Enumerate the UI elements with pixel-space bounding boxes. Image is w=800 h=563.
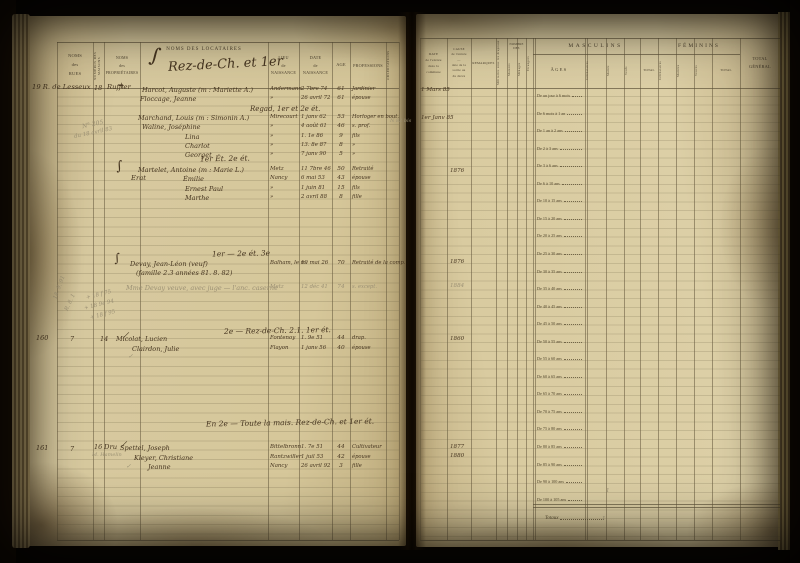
dotted-leader	[562, 183, 582, 185]
floor-heading: 1er Ét. 2e ét.	[200, 155, 250, 163]
group-header-feminins: FÉMININS	[658, 40, 740, 53]
tenant-name: Martelet, Antoine (m : Marie L.)	[138, 167, 244, 174]
dotted-leader	[564, 306, 582, 308]
tenant-name: Marthe	[185, 195, 209, 202]
left-page-stack-edge	[12, 14, 30, 548]
row-number: 161	[36, 445, 48, 452]
dotted-leader	[564, 446, 582, 448]
col-header-date-naissance: DATE de NAISSANCE	[299, 43, 332, 88]
tenant-name: Lina	[185, 134, 199, 141]
col-header-militaires: Militaires sous les drapeaux	[496, 40, 507, 86]
col-header-numeros-maisons-label: NUMÉROS DES MAISONS	[93, 44, 104, 87]
age-cell: 53	[333, 115, 349, 121]
col-header-menages-label: Ménages	[517, 53, 526, 86]
grid-vline	[780, 38, 781, 540]
ruling-right	[420, 88, 780, 540]
col-header-m-celibataires: Célibataires	[585, 55, 606, 86]
dotted-leader	[564, 341, 582, 343]
age-cell: 15	[333, 186, 349, 192]
birthdate-cell: 11 7bre 46	[301, 167, 331, 172]
grid-hline	[57, 42, 399, 43]
profession-cell: s. except.	[352, 285, 396, 290]
dotted-leader	[564, 376, 582, 378]
street-name: 19 R. de Lesseux	[32, 84, 91, 91]
dotted-leader	[565, 130, 582, 132]
age-bracket-row: De 3 à 6 ans	[537, 162, 583, 168]
dotted-leader	[564, 235, 582, 237]
birthplace-cell: »	[270, 96, 299, 101]
dotted-leader	[564, 218, 582, 220]
age-bracket-label: De 70 à 75 ans	[537, 409, 562, 414]
age-bracket-label: De 55 à 60 ans	[537, 356, 562, 361]
col-header-numeros-maisons: NUMÉROS DES MAISONS	[93, 44, 104, 87]
age-bracket-label: De 60 à 65 ans	[537, 374, 562, 379]
dotted-leader	[560, 165, 582, 167]
house-number: 18	[94, 85, 102, 92]
tenant-name: Clairdon, Julie	[132, 346, 179, 353]
birthdate-cell: 4 août 61	[301, 124, 331, 129]
age-bracket-row: De 10 à 15 ans	[537, 197, 583, 203]
tenant-name: Émilie	[183, 176, 204, 183]
age-cell: 61	[333, 87, 349, 93]
col-header-m-total: TOTAL	[640, 55, 658, 86]
birthplace-cell: Rantzwiller	[270, 455, 299, 460]
birthplace-cell: »	[270, 124, 299, 129]
birthplace-cell: Metz	[270, 285, 299, 290]
age-bracket-label: De 45 à 50 ans	[537, 321, 562, 326]
age-cell: 74	[333, 285, 349, 291]
birthplace-cell: Nancy	[270, 464, 299, 469]
age-bracket-label: De 15 à 20 ans	[537, 216, 562, 221]
age-bracket-row: De 75 à 80 ans	[537, 425, 583, 431]
age-bracket-row: De 50 à 55 ans	[537, 338, 583, 344]
floor-subheading: Regad, 1er et 2e ét.	[250, 106, 320, 113]
exit-year-cell: 1860	[450, 337, 470, 343]
grid-hline	[420, 540, 780, 541]
age-bracket-label: De 40 à 45 ans	[537, 304, 562, 309]
entry-date-cell: 1er Janv 85	[421, 116, 454, 122]
entry-date-cell: 1 Mars 85	[421, 88, 450, 94]
ink-flourish-mark: ∫	[115, 160, 123, 174]
col-header-age: AGE	[332, 43, 350, 88]
owner-name: Erat	[131, 175, 146, 182]
tenant-name: Kleyer, Christiane	[134, 455, 193, 462]
age-bracket-label: De 6 mois à 1 an	[537, 111, 565, 116]
profession-cell: épouse	[352, 455, 396, 460]
tenant-name: Marchand, Louis (m : Simonin A.)	[138, 115, 249, 122]
age-bracket-row: De 2 à 3 ans	[537, 145, 583, 151]
birthdate-cell: 26 avril 72	[301, 96, 331, 101]
profession-cell: Cultivateur	[352, 445, 396, 450]
age-bracket-row: De 65 à 70 ans	[537, 390, 583, 396]
birthplace-cell: »	[270, 152, 299, 157]
dotted-leader	[560, 518, 604, 520]
age-bracket-row: De 70 à 75 ans	[537, 408, 583, 414]
age-bracket-row: De 80 à 85 ans	[537, 443, 583, 449]
age-bracket-label: De 35 à 40 ans	[537, 286, 562, 291]
birthdate-cell: 7 janv 90	[301, 152, 331, 157]
age-bracket-row: De 25 à 30 ans	[537, 250, 583, 256]
tenant-name: Charlot	[185, 143, 210, 150]
ink-flourish-mark: ∫	[113, 252, 120, 265]
birthdate-cell: 1. 9e 51	[301, 336, 331, 341]
age-bracket-label: De 85 à 90 ans	[537, 462, 562, 467]
birthplace-cell: Balham, le m.	[270, 261, 299, 266]
margin-pencil-note: ✓	[128, 354, 133, 360]
tenant-name: Spettel, Joseph	[120, 445, 170, 452]
grid-vline	[399, 42, 400, 540]
birthdate-cell: 1 juin 81	[301, 186, 331, 191]
tenant-name: Mme Devay veuve, avec juge — l'anc. case…	[126, 285, 278, 292]
birthdate-cell: 13. 8e 87	[301, 143, 331, 148]
birthplace-cell: Metz	[270, 167, 299, 172]
age-bracket-label: De 75 à 80 ans	[537, 426, 562, 431]
profession-cell: s. prof.	[352, 124, 396, 129]
birthdate-cell: 12 déc 41	[301, 285, 331, 290]
col-header-total-general: TOTAL GÉNÉRAL	[740, 40, 780, 86]
totaux-label: Totaux	[545, 516, 558, 521]
birthplace-cell: Bittelbronn	[270, 445, 299, 450]
dotted-leader	[572, 95, 582, 97]
profession-cell: »	[352, 143, 396, 148]
col-header-f-mariees-label: Mariées	[676, 55, 694, 86]
birthdate-cell: 26 avril 92	[301, 464, 331, 469]
profession-cell: fils	[352, 186, 396, 191]
profession-cell: épouse	[352, 176, 396, 181]
dotted-leader	[566, 481, 582, 483]
age-cell: 42	[333, 455, 349, 461]
age-bracket-row: De 100 à 105 ans	[537, 496, 583, 502]
birthplace-cell: Mirecourt	[270, 115, 299, 120]
age-bracket-label: De 100 à 105 ans	[537, 497, 566, 502]
age-cell: 46	[333, 124, 349, 130]
age-bracket-label: De 90 à 100 ans	[537, 479, 564, 484]
profession-cell: drap.	[352, 336, 396, 341]
col-header-m-veufs: Veufs	[624, 55, 640, 86]
age-bracket-row: De 55 à 60 ans	[537, 355, 583, 361]
col-header-menages: Ménages	[517, 53, 526, 86]
tenant-name: Waline, Joséphine	[142, 124, 200, 131]
register-book-spread: NOMS des RUES NUMÉROS DES MAISONS NOMS d…	[0, 0, 800, 563]
dotted-leader	[564, 358, 582, 360]
col-header-f-mariees: Mariées	[676, 55, 694, 86]
age-cell: 3	[333, 464, 349, 470]
dotted-leader	[564, 411, 582, 413]
grid-hline	[533, 54, 740, 55]
age-cell: 40	[333, 346, 349, 352]
age-bracket-label: De 20 à 25 ans	[537, 233, 562, 238]
dotted-leader	[564, 288, 582, 290]
profession-cell: fils	[352, 134, 396, 139]
birthdate-cell: 19 mai 26	[301, 261, 331, 266]
row-number: 160	[36, 335, 48, 342]
dotted-leader	[564, 253, 582, 255]
age-bracket-row: De 15 à 20 ans	[537, 215, 583, 221]
col-header-cause-sortie: CAUSE de l'entrée — date de la sortie ou…	[448, 40, 470, 86]
tenant-name: Harcot, Auguste (m : Mariette A.)	[142, 87, 253, 94]
exit-year-cell: 1884	[450, 284, 470, 290]
age-bracket-row: De 20 à 25 ans	[537, 232, 583, 238]
age-bracket-row: De 6 mois à 1 an	[537, 110, 583, 116]
col-header-observations-label: OBSERVATIONS	[386, 44, 399, 87]
dotted-leader	[568, 499, 582, 501]
owner-note: M. Hamelin	[92, 453, 122, 458]
birthplace-cell: »	[270, 186, 299, 191]
birthplace-cell: Andermann	[270, 87, 299, 92]
col-header-date-entree: DATE de l'entrée dans la commune	[421, 40, 446, 86]
age-bracket-row: De 60 à 65 ans	[537, 373, 583, 379]
birthdate-cell: 1. 1e 86	[301, 134, 331, 139]
grid-hline	[420, 38, 780, 39]
tally-mark: 1	[602, 517, 606, 523]
age-bracket-row: De un jour à 6 mois	[537, 92, 583, 98]
age-cell: 44	[333, 336, 349, 342]
tenant-name: Ernest Paul	[185, 186, 223, 193]
profession-cell: Jardinier	[352, 87, 396, 92]
age-bracket-label: De 1 an à 2 ans	[537, 128, 563, 133]
age-bracket-row: De 1 an à 2 ans	[537, 127, 583, 133]
col-header-f-celibataires-label: Célibataires	[658, 55, 676, 86]
col-header-etrangers: Étrangers	[526, 40, 533, 86]
profession-cell: fille	[352, 195, 396, 200]
age-cell: 50	[333, 167, 349, 173]
birthplace-cell: Nancy	[270, 176, 299, 181]
tenant-name: Jeanne	[148, 464, 171, 471]
col-header-m-celibataires-label: Célibataires	[585, 55, 606, 86]
age-bracket-label: De 80 à 85 ans	[537, 444, 562, 449]
age-bracket-row: De 35 à 40 ans	[537, 285, 583, 291]
col-header-maisons: Maisons	[507, 53, 517, 86]
age-bracket-label: De 25 à 30 ans	[537, 251, 562, 256]
age-cell: 8	[333, 195, 349, 201]
dotted-leader	[564, 464, 582, 466]
owner-number: 16	[94, 444, 102, 451]
owner-name: Dru	[104, 444, 117, 451]
birthdate-cell: 2 7bre 74	[301, 87, 331, 92]
dotted-leader	[564, 271, 582, 273]
col-header-f-veuves: Veuves	[694, 55, 712, 86]
birthplace-cell: »	[270, 134, 299, 139]
col-header-noms-rues: NOMS des RUES	[57, 43, 93, 88]
dotted-leader	[564, 323, 582, 325]
birthdate-cell: 1. 7e 51	[301, 445, 331, 450]
col-header-m-maries: Mariés	[606, 55, 624, 86]
profession-cell: épouse	[352, 96, 396, 101]
birthplace-cell: »	[270, 195, 299, 200]
birthdate-cell: 1 janv 62	[301, 115, 331, 120]
dotted-leader	[564, 428, 582, 430]
tally-mark: 1	[606, 489, 610, 495]
house-number: 7	[70, 336, 74, 343]
age-bracket-label: De 3 à 6 ans	[537, 163, 558, 168]
col-header-observations: OBSERVATIONS	[386, 44, 399, 87]
age-bracket-row: De 30 à 35 ans	[537, 268, 583, 274]
margin-pencil-note: ✓	[126, 464, 131, 470]
profession-cell: Retraité de la comp.	[352, 261, 396, 266]
exit-year-cell: 1880	[450, 454, 470, 460]
profession-cell: fille	[352, 464, 396, 469]
age-cell: 61	[333, 96, 349, 102]
tenant-name: Floccage, Jeanne	[140, 96, 196, 103]
age-bracket-label: De 50 à 55 ans	[537, 339, 562, 344]
profession-cell: épouse	[352, 346, 396, 351]
dotted-leader	[560, 148, 582, 150]
age-cell: 9	[333, 134, 349, 140]
age-bracket-row: De 40 à 45 ans	[537, 303, 583, 309]
age-bracket-label: De 65 à 70 ans	[537, 391, 562, 396]
margin-pencil-note: N 82 bis	[390, 119, 411, 124]
birthplace-cell: Fontenoy	[270, 336, 299, 341]
exit-year-cell: 1876	[450, 169, 470, 175]
birthdate-cell: 6 mai 53	[301, 176, 331, 181]
grid-hline	[57, 540, 399, 541]
age-bracket-row: De 90 à 100 ans	[537, 478, 583, 484]
age-bracket-label: De 10 à 15 ans	[537, 198, 562, 203]
age-cell: 43	[333, 176, 349, 182]
age-cell: 8	[333, 143, 349, 149]
age-bracket-row: De 85 à 90 ans	[537, 461, 583, 467]
tenant-name: Devay, Jean-Léon (veuf)	[130, 261, 208, 268]
dotted-leader	[564, 393, 582, 395]
age-bracket-label: De 30 à 35 ans	[537, 269, 562, 274]
age-cell: 70	[333, 261, 349, 267]
birthdate-cell: 2 avril 88	[301, 195, 331, 200]
profession-cell: »	[352, 152, 396, 157]
exit-year-cell: 1877	[450, 445, 470, 451]
col-header-remarques: REMARQUES	[472, 40, 495, 86]
col-header-professions: PROFESSIONS	[350, 43, 386, 88]
exit-year-cell: 1876	[450, 260, 470, 266]
col-header-etrangers-label: Étrangers	[526, 40, 533, 86]
dotted-leader	[567, 113, 582, 115]
birthdate-cell: 1 juil 53	[301, 455, 331, 460]
dotted-leader	[564, 200, 582, 202]
col-header-f-veuves-label: Veuves	[694, 55, 712, 86]
col-header-f-total: TOTAL	[712, 55, 740, 86]
right-board-edge	[790, 0, 800, 563]
house-number: 7	[70, 446, 74, 453]
age-bracket-label: De 6 à 10 ans	[537, 181, 560, 186]
tenant-name: (famille 2.3 années 81. 8. 82)	[136, 270, 232, 277]
profession-cell: Retraité	[352, 167, 396, 172]
col-header-m-veufs-label: Veufs	[624, 55, 640, 86]
age-bracket-row: De 6 à 10 ans	[537, 180, 583, 186]
age-cell: 44	[333, 445, 349, 451]
birthplace-cell: »	[270, 143, 299, 148]
age-bracket-row: De 45 à 50 ans	[537, 320, 583, 326]
age-bracket-label: De 2 à 3 ans	[537, 146, 558, 151]
totaux-row: Totaux	[545, 514, 605, 521]
col-header-maisons-label: Maisons	[507, 53, 517, 86]
owner-number: 14	[100, 336, 108, 343]
age-bracket-label: De un jour à 6 mois	[537, 93, 570, 98]
col-header-f-celibataires: Célibataires	[658, 55, 676, 86]
col-header-ages: ÂGES	[533, 54, 585, 86]
col-header-militaires-label: Militaires sous les drapeaux	[496, 40, 507, 86]
birthdate-cell: 1 janv 56	[301, 346, 331, 351]
col-header-m-maries-label: Mariés	[606, 55, 624, 86]
ink-flourish-mark: +	[118, 82, 125, 90]
floor-heading: 1er — 2e ét. 3e	[212, 249, 270, 258]
birthplace-cell: Flayon	[270, 346, 299, 351]
age-cell: 5	[333, 152, 349, 158]
